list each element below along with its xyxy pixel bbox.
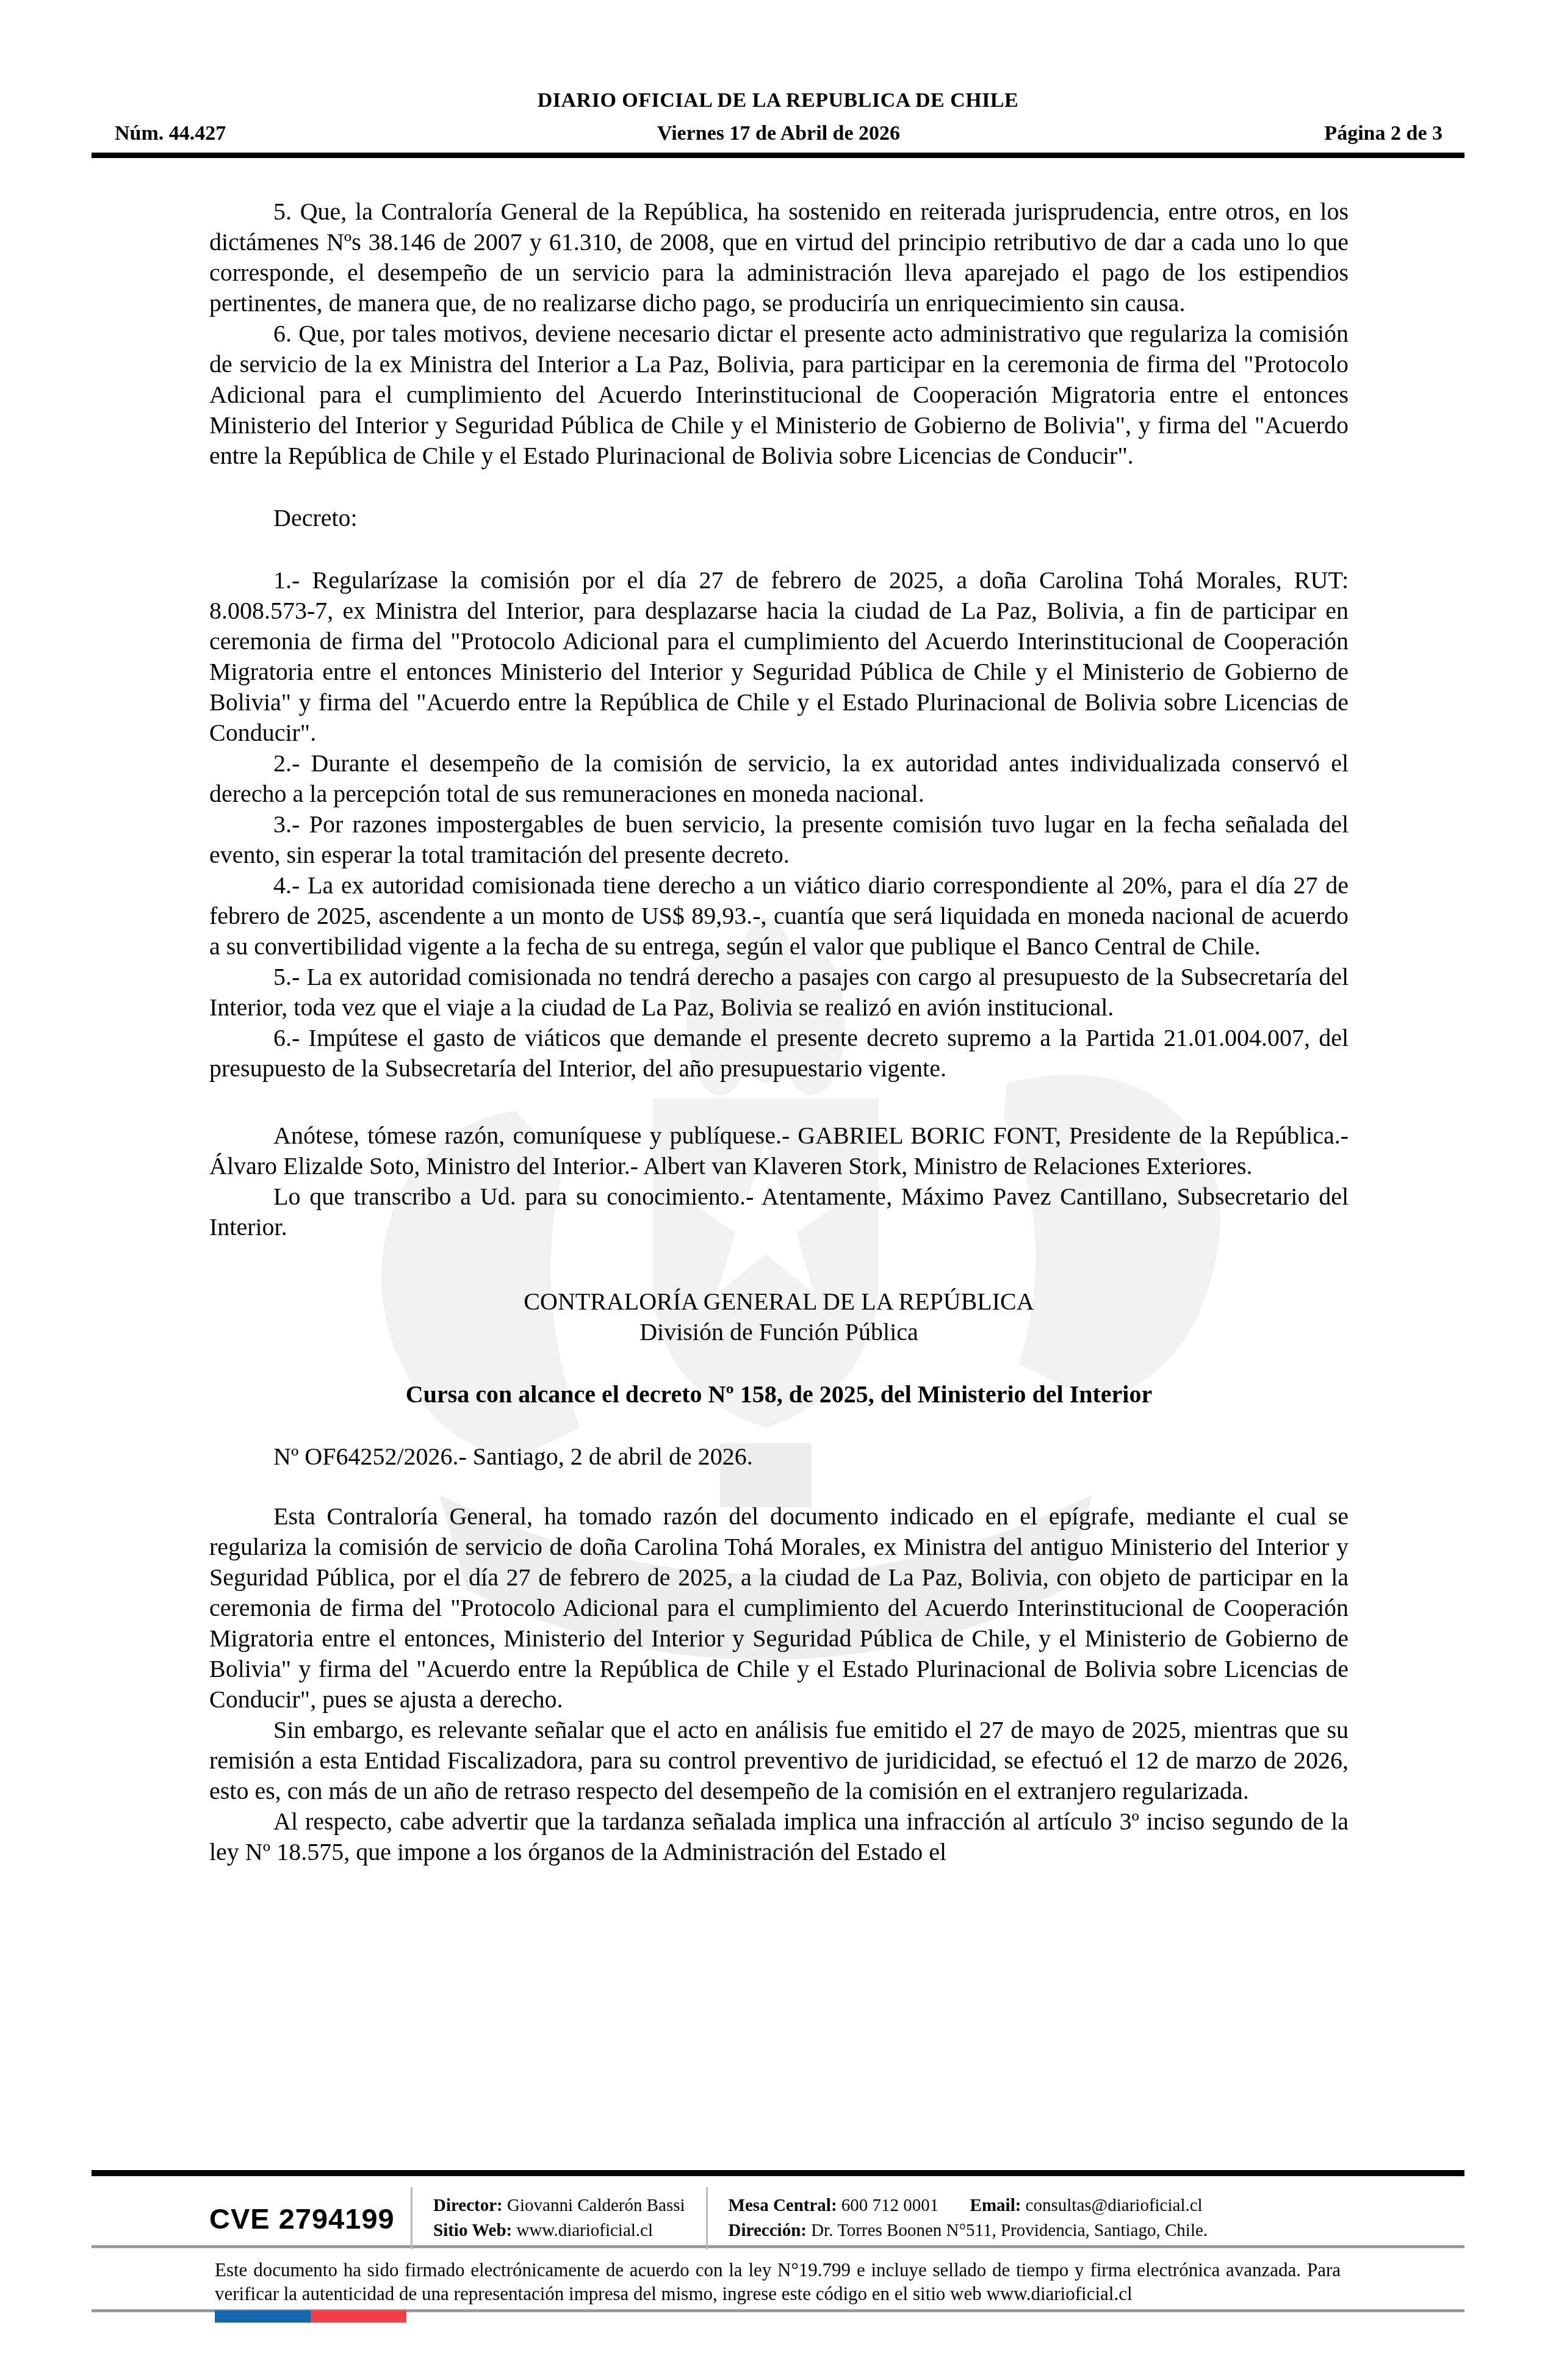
alcance-paragraph-1: Esta Contraloría General, ha tomado razó…: [209, 1501, 1349, 1715]
division-heading: División de Función Pública: [209, 1317, 1349, 1347]
decreto-item-6: 6.- Impútese el gasto de viáticos que de…: [209, 1023, 1349, 1084]
signature-paragraph: Anótese, tómese razón, comuníquese y pub…: [209, 1120, 1349, 1181]
publisher-info-column: Director: Giovanni Calderón Bassi Sitio …: [412, 2193, 706, 2243]
paragraph-considerando-6: 6. Que, por tales motivos, deviene neces…: [209, 319, 1349, 471]
director-line: Director: Giovanni Calderón Bassi: [433, 2193, 685, 2218]
document-page: DIARIO OFICIAL DE LA REPUBLICA DE CHILE …: [0, 0, 1556, 2380]
transcription-paragraph: Lo que transcribo a Ud. para su conocimi…: [209, 1181, 1349, 1242]
decreto-heading: Decreto:: [209, 503, 1349, 533]
email-value: consultas@diarioficial.cl: [1026, 2196, 1203, 2215]
decreto-item-5: 5.- La ex autoridad comisionada no tendr…: [209, 962, 1349, 1023]
flag-blue-block: [215, 2310, 311, 2323]
alcance-title: Cursa con alcance el decreto Nº 158, de …: [209, 1379, 1349, 1410]
mesa-central-value: 600 712 0001: [841, 2196, 939, 2215]
document-body: 5. Que, la Contraloría General de la Rep…: [209, 197, 1349, 1867]
sitio-web-value: www.diarioficial.cl: [516, 2221, 653, 2240]
decreto-item-2: 2.- Durante el desempeño de la comisión …: [209, 748, 1349, 809]
issue-date: Viernes 17 de Abril de 2026: [553, 122, 1004, 145]
decreto-item-1: 1.- Regularízase la comisión por el día …: [209, 565, 1349, 748]
mesa-central-label: Mesa Central:: [729, 2196, 837, 2215]
reference-line: Nº OF64252/2026.- Santiago, 2 de abril d…: [209, 1441, 1349, 1472]
decreto-item-3: 3.- Por razones impostergables de buen s…: [209, 809, 1349, 870]
director-value: Giovanni Calderón Bassi: [507, 2196, 685, 2215]
cve-code: CVE 2794199: [209, 2202, 411, 2235]
alcance-paragraph-3: Al respecto, cabe advertir que la tardan…: [209, 1806, 1349, 1867]
contact-info-column: Mesa Central: 600 712 0001 Email: consul…: [708, 2193, 1228, 2243]
paragraph-considerando-5: 5. Que, la Contraloría General de la Rep…: [209, 197, 1349, 319]
flag-red-block: [311, 2310, 406, 2323]
page-indicator: Página 2 de 3: [1004, 122, 1443, 145]
header-rule: [92, 153, 1464, 158]
publication-title: DIARIO OFICIAL DE LA REPUBLICA DE CHILE: [0, 89, 1556, 112]
chile-flag-mark: [215, 2310, 406, 2323]
header-meta-row: Núm. 44.427 Viernes 17 de Abril de 2026 …: [115, 122, 1443, 145]
sitio-web-label: Sitio Web:: [433, 2221, 512, 2240]
agency-heading: CONTRALORÍA GENERAL DE LA REPÚBLICA: [209, 1286, 1349, 1317]
mesa-central-line: Mesa Central: 600 712 0001 Email: consul…: [729, 2193, 1208, 2218]
cve-info-row: CVE 2794199 Director: Giovanni Calderón …: [209, 2185, 1448, 2252]
direccion-line: Dirección: Dr. Torres Boonen N°511, Prov…: [729, 2218, 1208, 2243]
director-label: Director:: [433, 2196, 503, 2215]
sitio-web-line: Sitio Web: www.diarioficial.cl: [433, 2218, 685, 2243]
issue-number: Núm. 44.427: [115, 122, 553, 145]
direccion-label: Dirección:: [729, 2221, 807, 2240]
direccion-value: Dr. Torres Boonen N°511, Providencia, Sa…: [811, 2221, 1208, 2240]
decreto-item-4: 4.- La ex autoridad comisionada tiene de…: [209, 870, 1349, 962]
email-label: Email:: [970, 2196, 1021, 2215]
footer-rule: [92, 2170, 1464, 2176]
legal-notice: Este documento ha sido firmado electróni…: [215, 2258, 1341, 2306]
alcance-paragraph-2: Sin embargo, es relevante señalar que el…: [209, 1715, 1349, 1806]
